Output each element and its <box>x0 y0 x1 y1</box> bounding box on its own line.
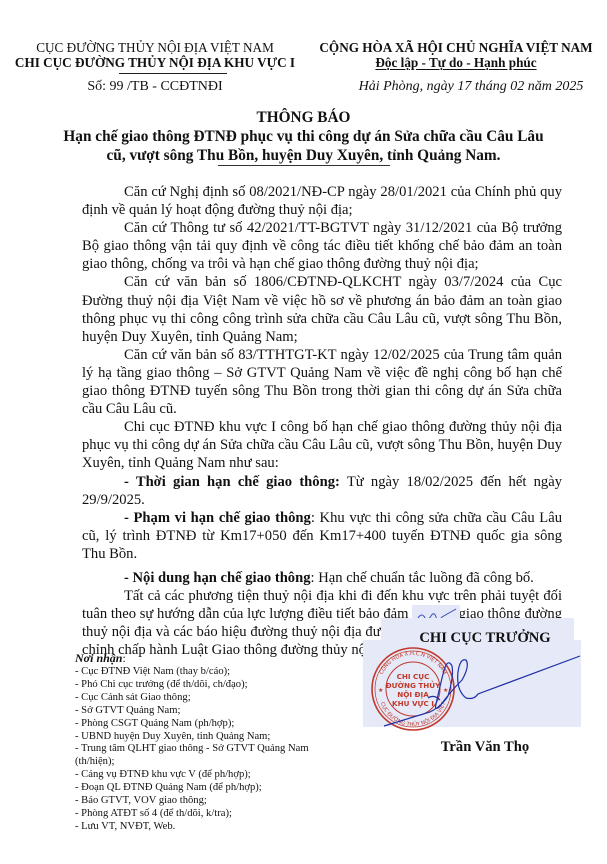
item-scope: - Phạm vi hạn chế giao thông: Khu vực th… <box>82 509 562 563</box>
document-type-heading: THÔNG BÁO <box>0 108 607 127</box>
recipient-item: - Sở GTVT Quảng Nam; <box>75 705 345 718</box>
recipient-item: - Cục Cảnh sát Giao thông; <box>75 692 345 705</box>
place-date: Hải Phòng, ngày 17 tháng 02 năm 2025 <box>320 79 607 95</box>
recipient-item: (th/hiện); <box>75 756 345 769</box>
national-motto: Độc lập - Tự do - Hạnh phúc <box>305 55 607 70</box>
sub-agency-underline <box>119 55 227 74</box>
item-content: - Nội dung hạn chế giao thông: Hạn chế c… <box>82 569 562 587</box>
subject-underline <box>218 165 390 166</box>
motto-text: Độc lập - Tự do - Hạnh phúc <box>375 55 536 70</box>
recipient-item: - Phòng ATĐT số 4 (để th/dõi, k/tra); <box>75 808 345 821</box>
svg-text:NỘI ĐỊA: NỘI ĐỊA <box>397 690 429 699</box>
recipient-item: - Cục ĐTNĐ Việt Nam (thay b/cáo); <box>75 666 345 679</box>
recipient-item: - Đoạn QL ĐTNĐ Quảng Nam (để ph/hợp); <box>75 782 345 795</box>
item-content-label: - Nội dung hạn chế giao thông <box>124 570 311 586</box>
recipient-item: - Phòng CSGT Quảng Nam (ph/hợp); <box>75 718 345 731</box>
recipients-label-colon: : <box>122 651 125 665</box>
recipient-item: - Trung tâm QLHT giao thông - Sở GTVT Qu… <box>75 743 345 756</box>
svg-text:CHI CỤC: CHI CỤC <box>397 672 430 681</box>
subject-line-2: cũ, vượt sông Thu Bồn, huyện Duy Xuyên, … <box>0 146 607 165</box>
recipient-item: - Lưu VT, NVĐT, Web. <box>75 821 345 834</box>
item-time-label: - Thời gian hạn chế giao thông: <box>124 474 340 490</box>
announcement-intro: Chi cục ĐTNĐ khu vực I công bố hạn chế g… <box>82 418 562 472</box>
svg-text:★: ★ <box>443 687 448 694</box>
issuing-agency: CỤC ĐƯỜNG THỦY NỘI ĐỊA VIỆT NAM <box>0 40 310 55</box>
item-content-text: : Hạn chế chuẩn tắc luồng đã công bố. <box>311 570 534 586</box>
legal-basis-1: Căn cứ Nghị định số 08/2021/NĐ-CP ngày 2… <box>82 183 562 219</box>
recipient-item: - Cảng vụ ĐTNĐ khu vực V (để ph/hợp); <box>75 769 345 782</box>
recipients-label-text: Nơi nhận <box>75 651 122 665</box>
official-stamp-and-signature: CỘNG HÒA X.H.C.N VIỆT NAM CỤC ĐƯỜNG THỦY… <box>370 646 590 736</box>
signer-title: CHI CỤC TRƯỞNG <box>380 630 590 647</box>
signer-name: Trần Văn Thọ <box>380 739 590 756</box>
svg-text:ĐƯỜNG THỦY: ĐƯỜNG THỦY <box>386 680 441 690</box>
legal-basis-2: Căn cứ Thông tư số 42/2021/TT-BGTVT ngày… <box>82 219 562 273</box>
item-scope-label: - Phạm vi hạn chế giao thông <box>124 510 311 526</box>
svg-text:KHU VỰC I: KHU VỰC I <box>392 699 434 708</box>
legal-basis-4: Căn cứ văn bản số 83/TTHTGT-KT ngày 12/0… <box>82 346 562 418</box>
subject-line-1: Hạn chế giao thông ĐTNĐ phục vụ thi công… <box>0 127 607 146</box>
document-body: Căn cứ Nghị định số 08/2021/NĐ-CP ngày 2… <box>82 183 562 659</box>
svg-text:★: ★ <box>378 687 383 694</box>
recipients-list: Nơi nhận: - Cục ĐTNĐ Việt Nam (thay b/cá… <box>75 651 345 834</box>
recipients-label: Nơi nhận: <box>75 651 345 666</box>
recipient-item: - Báo GTVT, VOV giao thông; <box>75 795 345 808</box>
document-number: Số: 99 /TB - CCĐTNĐI <box>0 79 310 95</box>
item-time: - Thời gian hạn chế giao thông: Từ ngày … <box>82 473 562 509</box>
legal-basis-3: Căn cứ văn bản số 1806/CĐTNĐ-QLKCHT ngày… <box>82 273 562 345</box>
recipient-item: - Phó Chi cục trưởng (để th/dõi, ch/đạo)… <box>75 679 345 692</box>
recipient-item: - UBND huyện Duy Xuyên, tỉnh Quảng Nam; <box>75 731 345 744</box>
nation-name: CỘNG HÒA XÃ HỘI CHỦ NGHĨA VIỆT NAM <box>305 40 607 55</box>
